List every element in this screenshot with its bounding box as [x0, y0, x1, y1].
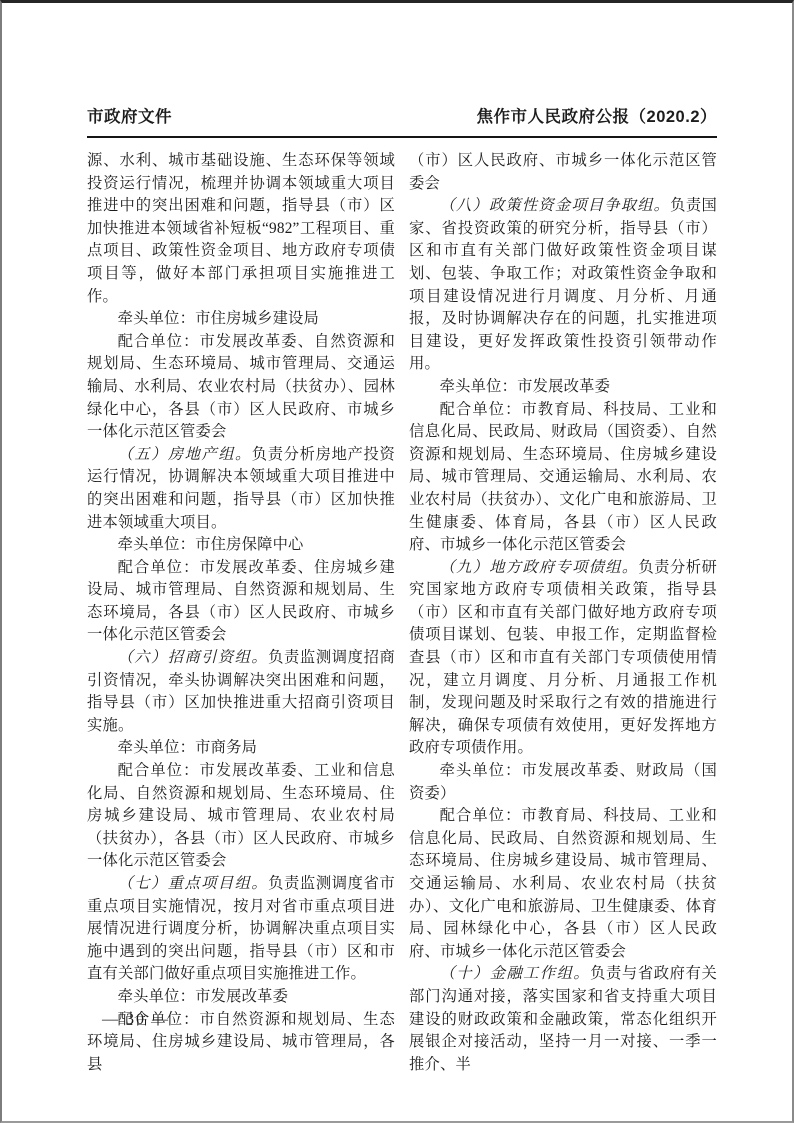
paragraph: 牵头单位：市发展改革委、财政局（国资委） [409, 760, 717, 805]
group-heading-paragraph: （九）地方政府专项债组。负责分析研究国家地方政府专项债相关政策，指导县（市）区和… [409, 557, 717, 760]
paragraph: 源、水利、城市基础设施、生态环保等领域投资运行情况，梳理并协调本领域重大项目推进… [87, 150, 395, 308]
group-heading-paragraph: （六）招商引资组。负责监测调度招商引资情况，牵头协调解决突出困难和问题，指导县（… [87, 647, 395, 737]
paragraph: 牵头单位：市住房城乡建设局 [87, 308, 395, 331]
paragraph: （市）区人民政府、市城乡一体化示范区管委会 [409, 150, 717, 195]
page-header: 市政府文件 焦作市人民政府公报（2020.2） [87, 103, 717, 138]
paragraph: 配合单位：市发展改革委、工业和信息化局、自然资源和规划局、生态环境局、住房城乡建… [87, 760, 395, 873]
paragraph: 配合单位：市发展改革委、住房城乡建设局、城市管理局、自然资源和规划局、生态环境局… [87, 557, 395, 647]
header-gazette-title: 焦作市人民政府公报（2020.2） [477, 103, 717, 127]
paragraph: 配合单位：市发展改革委、自然资源和规划局、生态环境局、城市管理局、交通运输局、水… [87, 331, 395, 444]
paragraph: 牵头单位：市住房保障中心 [87, 534, 395, 557]
column-left: 源、水利、城市基础设施、生态环保等领域投资运行情况，梳理并协调本领域重大项目推进… [87, 150, 395, 1076]
column-right: （市）区人民政府、市城乡一体化示范区管委会（八）政策性资金项目争取组。负责国家、… [409, 150, 717, 1076]
group-lead: （十）金融工作组。 [440, 965, 590, 982]
group-heading-paragraph: （十）金融工作组。负责与省政府有关部门沟通对接，落实国家和省支持重大项目建设的财… [409, 963, 717, 1076]
group-heading-paragraph: （五）房地产组。负责分析房地产投资运行情况，协调解决本领域重大项目推进中的突出困… [87, 444, 395, 534]
group-lead: （九）地方政府专项债组。 [440, 559, 639, 576]
paragraph: 牵头单位：市发展改革委 [87, 986, 395, 1009]
paragraph: 配合单位：市教育局、科技局、工业和信息化局、民政局、财政局（国资委）、自然资源和… [409, 399, 717, 557]
paragraph: 配合单位：市教育局、科技局、工业和信息化局、民政局、自然资源和规划局、生态环境局… [409, 805, 717, 963]
text-columns: 源、水利、城市基础设施、生态环保等领域投资运行情况，梳理并协调本领域重大项目推进… [87, 150, 717, 1076]
paragraph: 牵头单位：市发展改革委 [409, 376, 717, 399]
group-heading-paragraph: （七）重点项目组。负责监测调度省市重点项目实施情况，按月对省市重点项目进展情况进… [87, 873, 395, 986]
page-number: — 30 — [102, 1011, 170, 1029]
document-page: 市政府文件 焦作市人民政府公报（2020.2） 源、水利、城市基础设施、生态环保… [0, 0, 794, 1123]
group-lead: （八）政策性资金项目争取组。 [440, 197, 671, 214]
group-lead: （五）房地产组。 [118, 446, 252, 463]
header-section-label: 市政府文件 [87, 103, 172, 127]
group-heading-paragraph: （八）政策性资金项目争取组。负责国家、省投资政策的研究分析，指导县（市）区和市直… [409, 195, 717, 376]
group-lead: （七）重点项目组。 [118, 875, 268, 892]
group-lead: （六）招商引资组。 [118, 649, 268, 666]
paragraph: 牵头单位：市商务局 [87, 737, 395, 760]
